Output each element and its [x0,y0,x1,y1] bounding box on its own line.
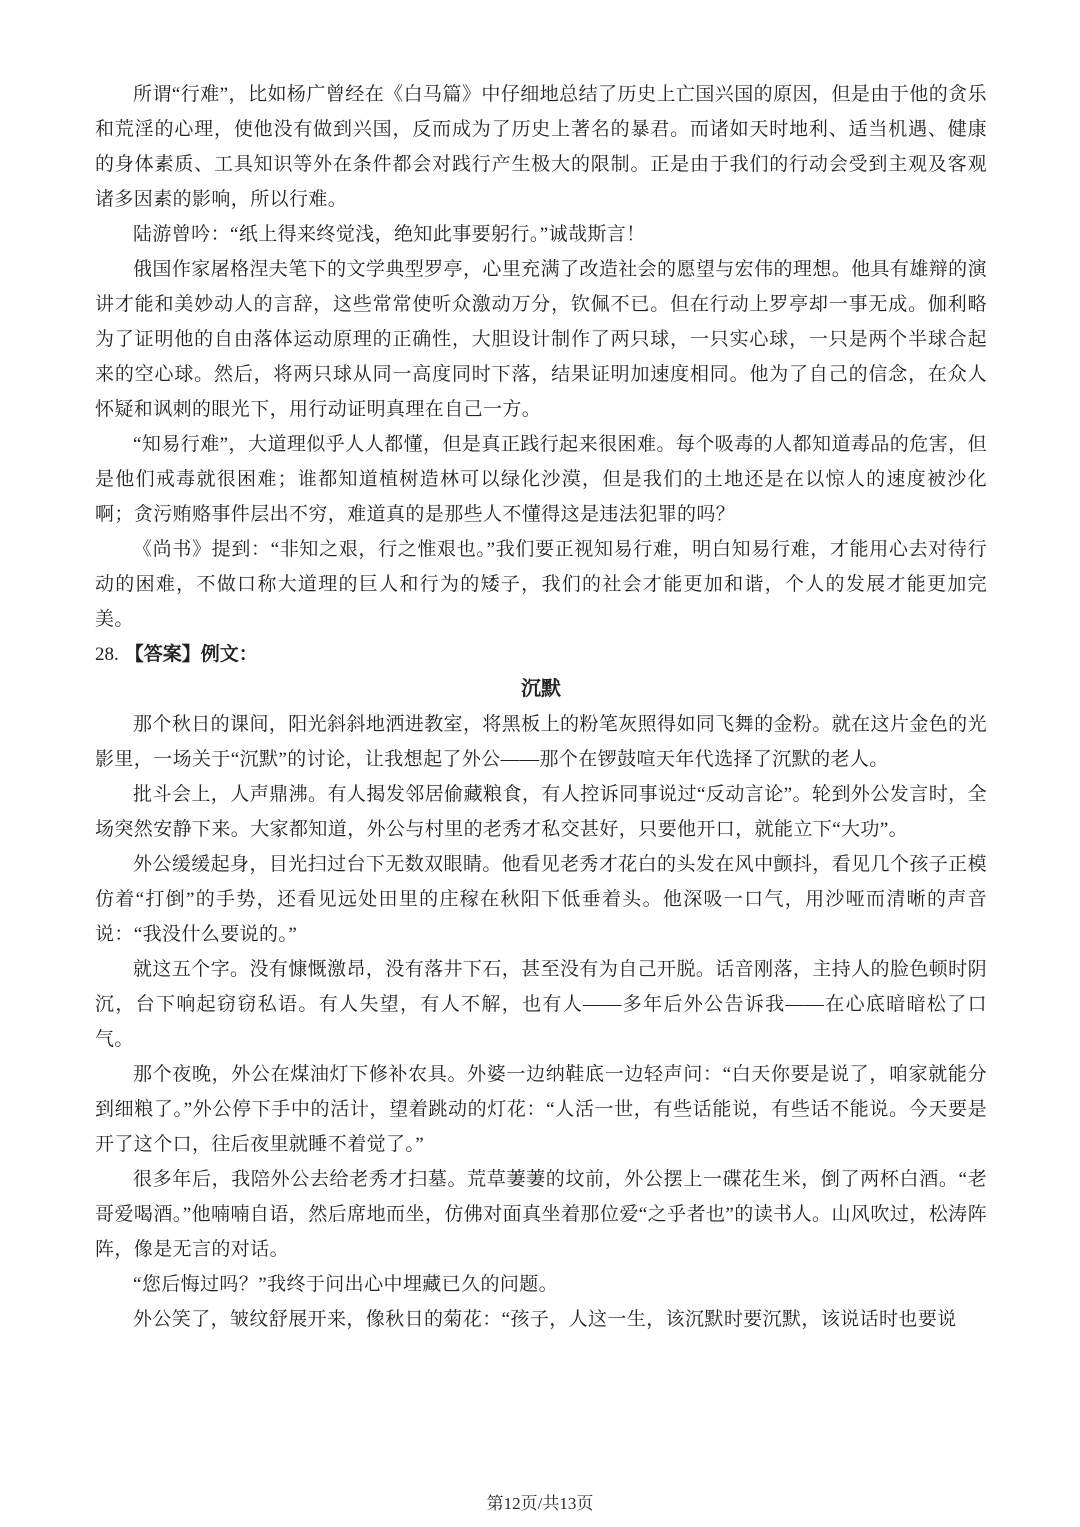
essay-paragraph: 很多年后，我陪外公去给老秀才扫墓。荒草萋萋的坟前，外公摆上一碟花生米，倒了两杯白… [95,1162,987,1267]
body-paragraph: 陆游曾吟：“纸上得来终觉浅，绝知此事要躬行。”诚哉斯言！ [95,217,987,252]
body-paragraph: 所谓“行难”，比如杨广曾经在《白马篇》中仔细地总结了历史上亡国兴国的原因，但是由… [95,77,987,217]
question-number: 28. [95,644,119,665]
essay-paragraph: 就这五个字。没有慷慨激昂，没有落井下石，甚至没有为自己开脱。话音刚落，主持人的脸… [95,952,987,1057]
essay-paragraph: 那个夜晚，外公在煤油灯下修补农具。外婆一边纳鞋底一边轻声问：“白天你要是说了，咱… [95,1057,987,1162]
answer-28-heading: 28.【答案】例文： [95,637,987,672]
document-page: 所谓“行难”，比如杨广曾经在《白马篇》中仔细地总结了历史上亡国兴国的原因，但是由… [0,0,1080,1527]
essay-paragraph: “您后悔过吗？”我终于问出心中埋藏已久的问题。 [95,1267,987,1302]
essay-paragraph: 那个秋日的课间，阳光斜斜地洒进教室，将黑板上的粉笔灰照得如同飞舞的金粉。就在这片… [95,707,987,777]
body-paragraph: 俄国作家屠格涅夫笔下的文学典型罗亭，心里充满了改造社会的愿望与宏伟的理想。他具有… [95,252,987,427]
body-paragraph: 《尚书》提到：“非知之艰，行之惟艰也。”我们要正视知易行难，明白知易行难，才能用… [95,532,987,637]
page-footer: 第12页/共13页 [0,1492,1080,1516]
answer-label: 【答案】例文： [125,644,258,665]
essay-paragraph: 批斗会上，人声鼎沸。有人揭发邻居偷藏粮食，有人控诉同事说过“反动言论”。轮到外公… [95,777,987,847]
page-content: 所谓“行难”，比如杨广曾经在《白马篇》中仔细地总结了历史上亡国兴国的原因，但是由… [95,77,987,1337]
essay-title: 沉默 [95,672,987,707]
essay-paragraph: 外公缓缓起身，目光扫过台下无数双眼睛。他看见老秀才花白的头发在风中颤抖，看见几个… [95,847,987,952]
essay-paragraph: 外公笑了，皱纹舒展开来，像秋日的菊花：“孩子，人这一生，该沉默时要沉默，该说话时… [95,1302,987,1337]
body-paragraph: “知易行难”，大道理似乎人人都懂，但是真正践行起来很困难。每个吸毒的人都知道毒品… [95,427,987,532]
